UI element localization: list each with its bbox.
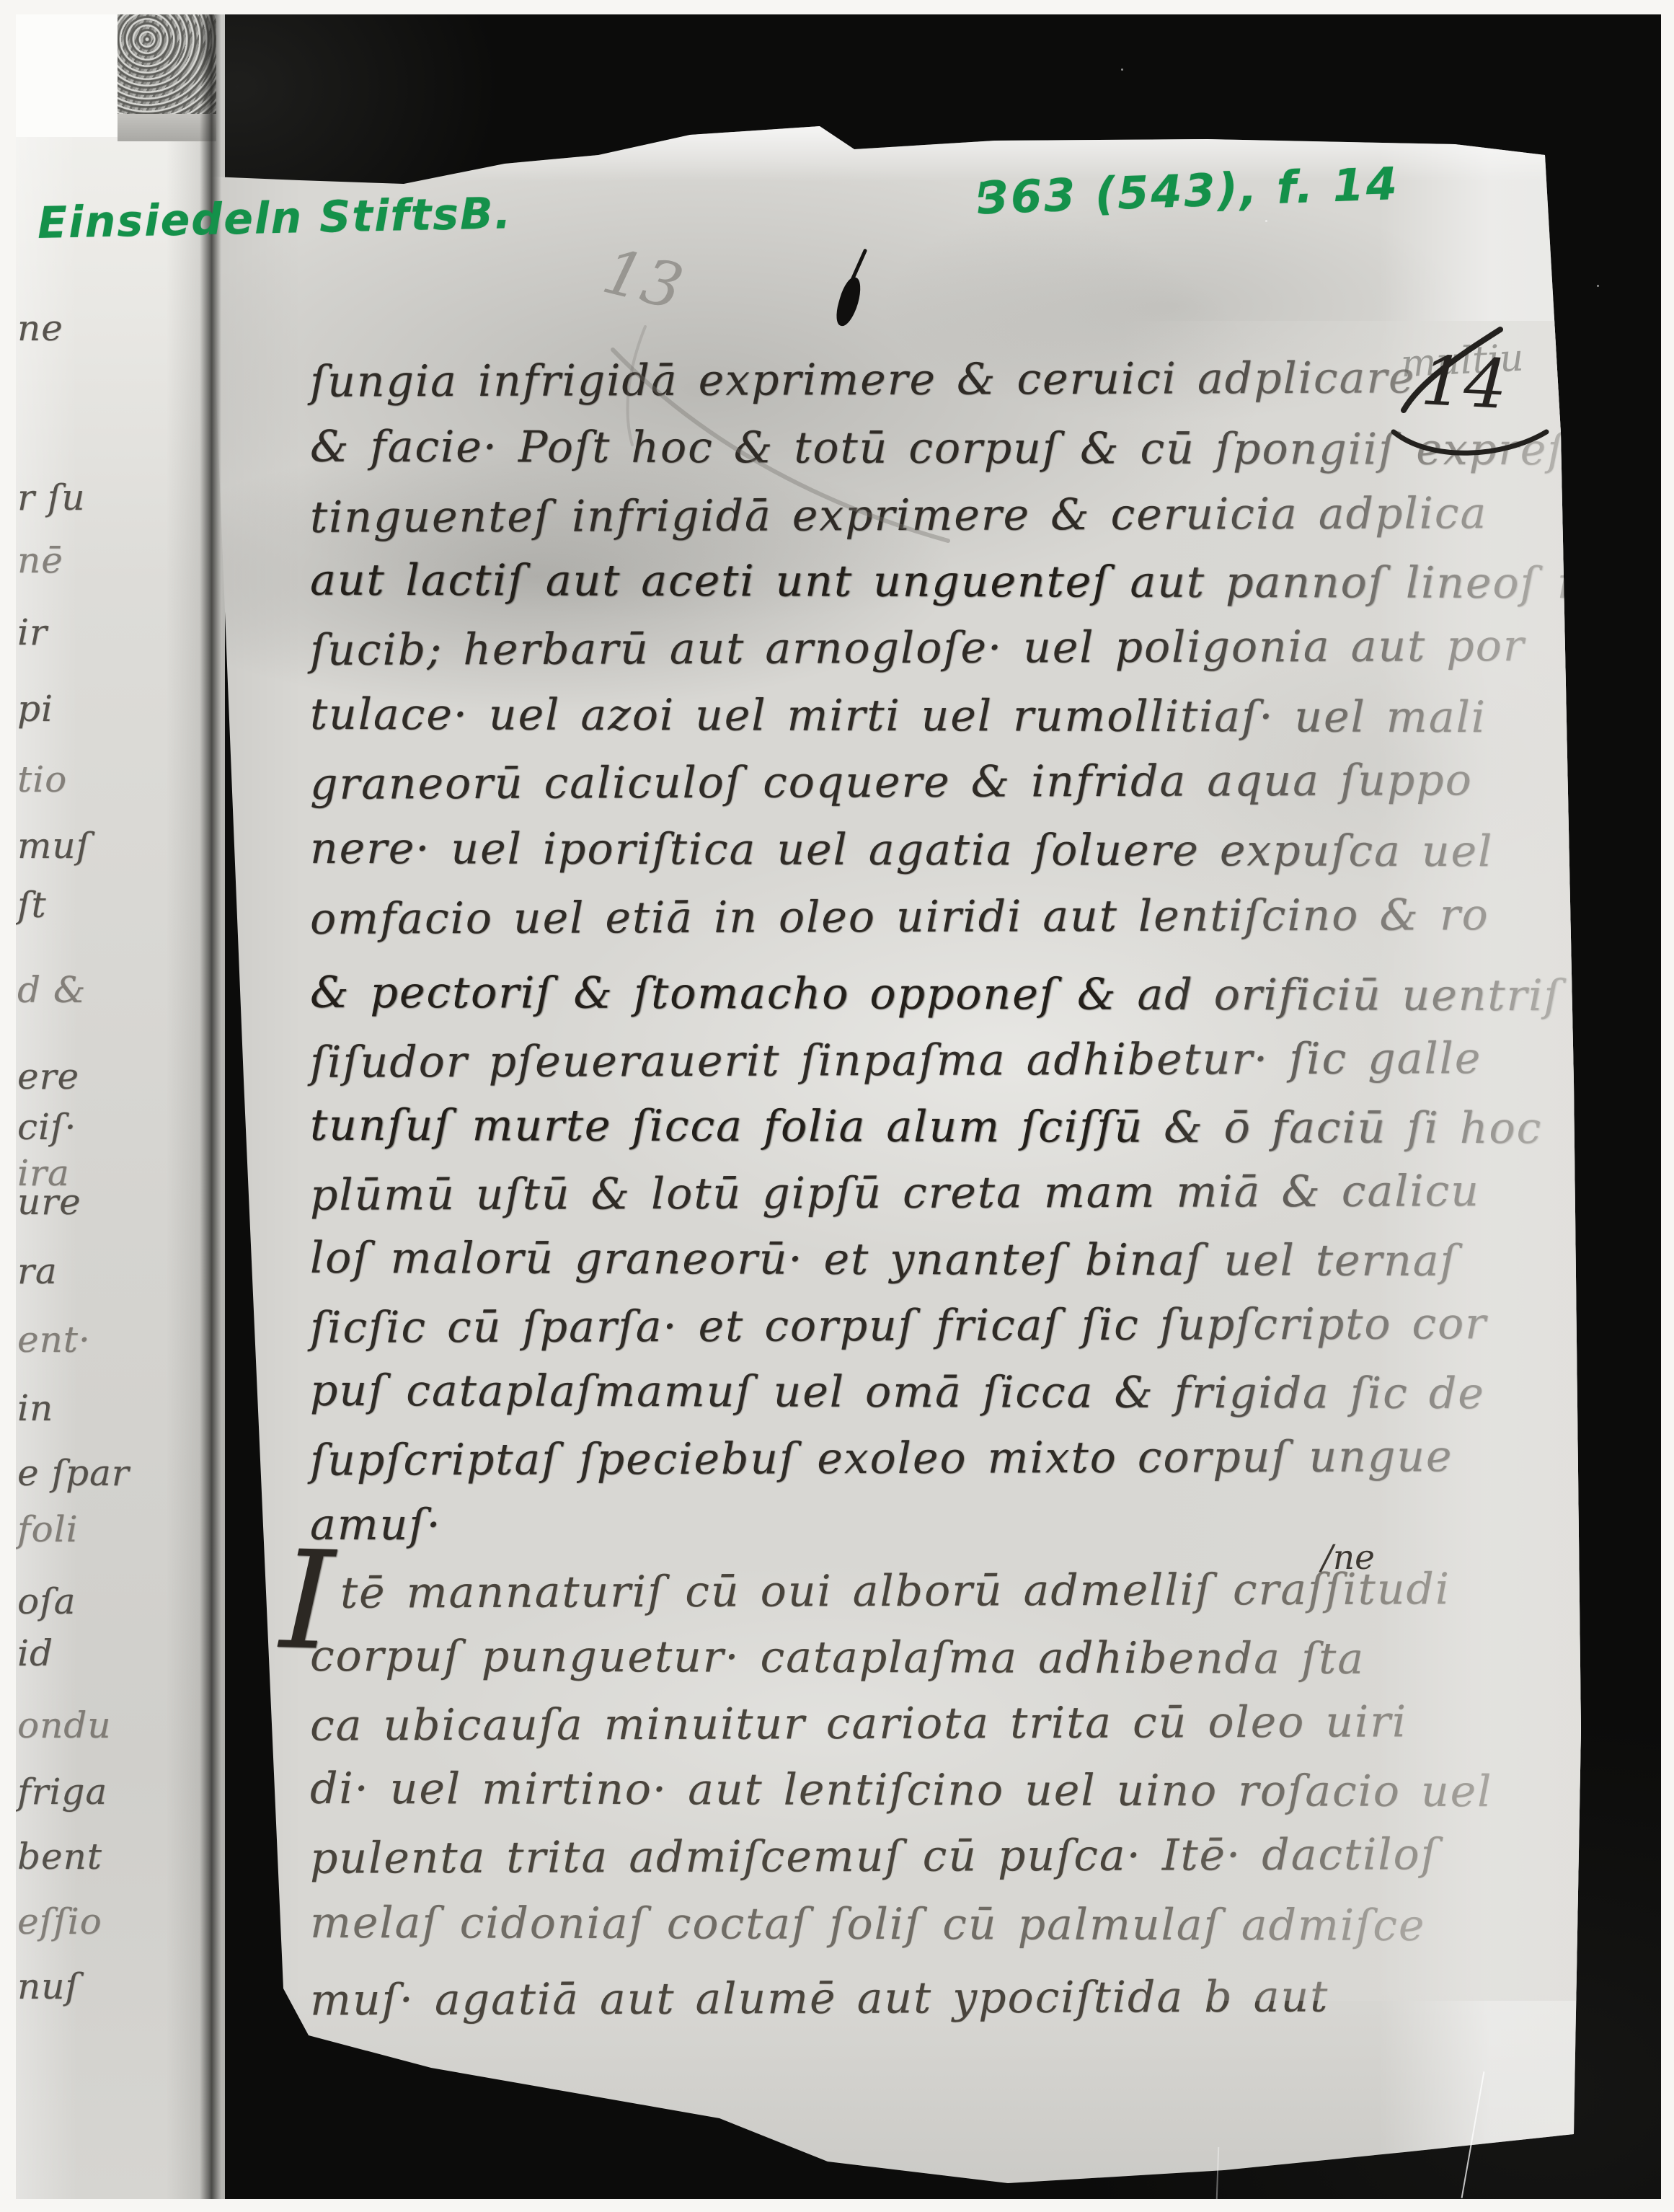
library-annotation: Einsiedeln StiftsB. bbox=[37, 188, 513, 249]
margin-fragment: friga bbox=[17, 1774, 107, 1810]
margin-fragment: e ſpar bbox=[17, 1455, 130, 1491]
text-line: graneorū caliculoſ coquere & infrida aqu… bbox=[310, 758, 1473, 806]
dust-speck bbox=[1265, 220, 1267, 222]
photo-border-right bbox=[1661, 0, 1674, 2212]
text-line: & pectoriſ & ſtomacho opponeſ & ad orifi… bbox=[310, 971, 1562, 1018]
margin-fragment: ondu bbox=[17, 1707, 112, 1743]
margin-fragment: bent bbox=[17, 1839, 102, 1875]
catchword-insertion: ∕ne bbox=[1321, 1541, 1375, 1575]
margin-fragment: ra bbox=[17, 1253, 58, 1289]
text-line: puſ cataplaſmamuſ uel omā ſicca & frigid… bbox=[310, 1369, 1485, 1415]
dust-speck bbox=[1121, 68, 1123, 71]
text-line: plūmū uſtū & lotū gipſū creta mam miā & … bbox=[310, 1169, 1480, 1217]
photo-border-bottom bbox=[0, 2199, 1674, 2212]
margin-fragment: ir bbox=[17, 614, 48, 650]
margin-fragment: id bbox=[17, 1635, 53, 1671]
margin-fragment: ent· bbox=[17, 1322, 91, 1358]
dust-speck bbox=[1597, 285, 1599, 287]
text-line: pulenta trita admiſcemuſ cū puſca· Itē· … bbox=[310, 1833, 1438, 1880]
text-line: ſupſcriptaſ ſpeciebuſ exoleo mixto corpu… bbox=[310, 1435, 1453, 1482]
margin-fragment: ciſ· bbox=[17, 1109, 76, 1145]
overexposed-corner bbox=[16, 14, 118, 137]
folio-number-digits: 14 bbox=[1420, 348, 1509, 420]
margin-fragment: d & bbox=[17, 972, 86, 1008]
text-line: loſ malorū graneorū· et ynanteſ binaſ ue… bbox=[310, 1236, 1458, 1283]
text-line: ſucib; herbarū aut arnogloſe· uel poligo… bbox=[310, 624, 1525, 672]
folio-number-ink: 14 bbox=[1379, 322, 1559, 481]
margin-fragment: pi bbox=[17, 691, 53, 727]
margin-fragment: ſt bbox=[17, 887, 47, 923]
margin-fragment: ne bbox=[17, 310, 63, 346]
text-line: tē mannaturiſ cū oui alborū admelliſ cra… bbox=[340, 1567, 1451, 1614]
margin-fragment: ere bbox=[17, 1058, 79, 1094]
margin-fragment: nē bbox=[17, 542, 63, 578]
text-line: corpuſ punguetur· cataplaſma adhibenda ſ… bbox=[310, 1634, 1365, 1681]
photo-border-left bbox=[0, 0, 16, 2212]
margin-fragment: ure bbox=[17, 1184, 81, 1220]
text-line: di· uel mirtino· aut lentiſcino uel uino… bbox=[310, 1767, 1493, 1813]
facing-page-edge: ne r ſu nē ir pi tio muſ ſt d & ere ciſ·… bbox=[14, 14, 225, 2199]
photo-border-top bbox=[0, 0, 1674, 14]
margin-fragment: tio bbox=[17, 761, 67, 797]
text-line: tunſuſ murte ſicca folia alum ſciſſū & ō… bbox=[310, 1104, 1542, 1150]
text-line: ca ubicauſa minuitur cariota trita cū ol… bbox=[310, 1700, 1407, 1747]
text-line: ſicſic cū ſparſa· et corpuſ fricaſ ſic ſ… bbox=[310, 1302, 1487, 1350]
margin-fragment: in bbox=[17, 1390, 53, 1426]
pencil-scribble bbox=[595, 321, 970, 580]
pencil-page-number: 13 bbox=[597, 240, 688, 319]
text-line: muſ· agatiā aut alumē aut ypociſtida b a… bbox=[310, 1976, 1329, 2022]
text-line: ſiſudor pſeuerauerit ſinpaſma adhibetur·… bbox=[310, 1037, 1482, 1084]
margin-fragment: nuſ bbox=[17, 1968, 79, 2004]
margin-fragment: eſſio bbox=[17, 1903, 102, 1939]
text-line: nere· uel iporiſtica uel agatia ſoluere … bbox=[310, 827, 1493, 873]
parchment-page: ſungia infrigidā exprimere & ceruici adp… bbox=[205, 119, 1586, 2198]
margin-fragment: muſ bbox=[17, 828, 90, 864]
text-line: omfacio uel etiā in oleo uiridi aut lent… bbox=[310, 893, 1489, 941]
margin-fragment: foli bbox=[17, 1511, 79, 1547]
text-line: melaſ cidoniaſ coctaſ ſoliſ cū palmulaſ … bbox=[310, 1901, 1426, 1947]
text-line: tulace· uel azoi uel mirti uel rumolliti… bbox=[310, 693, 1487, 739]
margin-fragment: r ſu bbox=[17, 479, 86, 516]
initial-letter-I: I bbox=[279, 1533, 336, 1670]
shelfmark-annotation: 363 (543), f. 14r bbox=[977, 172, 994, 229]
manuscript-photo: ne r ſu nē ir pi tio muſ ſt d & ere ciſ·… bbox=[0, 0, 1674, 2212]
binding-gutter-shadow bbox=[200, 14, 221, 2199]
margin-fragment: oſa bbox=[17, 1583, 76, 1619]
